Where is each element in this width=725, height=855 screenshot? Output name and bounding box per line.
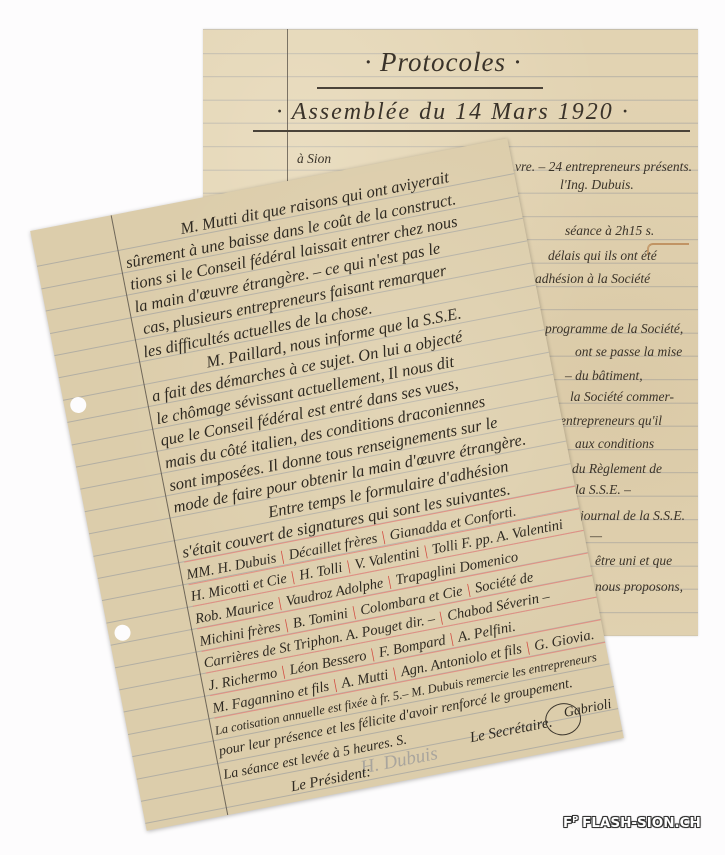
separator: | (351, 603, 357, 619)
back-fragment: — (590, 526, 602, 546)
back-fragment: l'Ing. Dubuis. (560, 175, 634, 195)
assembly-heading: · Assemblée du 14 Mars 1920 · (258, 99, 648, 126)
separator: | (332, 676, 338, 692)
separator: | (290, 569, 296, 585)
back-fragment: délais qui ils ont été (548, 246, 657, 266)
separator: | (380, 528, 386, 544)
secretary-signature: Gabrioli (562, 696, 612, 721)
page-title: · Protocoles · (303, 47, 583, 78)
back-fragment: journal de la S.S.E. (580, 506, 685, 526)
separator: | (280, 663, 286, 679)
back-fragment: séance à 2h15 s. (565, 221, 654, 241)
separator: | (386, 573, 392, 589)
secretary-label: Le Secrétaire. (468, 714, 553, 747)
separator: | (276, 594, 282, 610)
separator: | (391, 665, 397, 681)
back-fragment: nous proposons, (595, 577, 683, 597)
back-fragment: – du bâtiment, (565, 366, 643, 386)
back-fragment: vre. – 24 entrepreneurs présents. (515, 157, 692, 177)
back-fragment: ont se passe la mise (575, 342, 682, 362)
back-fragment: la Société commer- (570, 387, 674, 407)
watermark-text: FLASH-SION.CH (582, 815, 701, 831)
flash-logo-sup: P (572, 815, 578, 824)
separator: | (422, 543, 428, 559)
title-underline (317, 87, 543, 89)
back-fragment: du Règlement de (572, 459, 662, 479)
back-fragment: la S.S.E. – (575, 480, 631, 500)
punch-hole (68, 395, 87, 414)
back-fragment: programme de la Société, (545, 319, 683, 339)
heading-underline (253, 130, 690, 132)
back-fragment: aux conditions (575, 434, 654, 454)
separator: | (438, 609, 444, 625)
separator: | (345, 558, 351, 574)
separator: | (279, 548, 285, 564)
back-fragment: adhésion à la Société (535, 269, 650, 289)
separator: | (525, 639, 531, 655)
punch-hole (113, 623, 132, 642)
watermark: FPFLASH-SION.CH (563, 815, 701, 831)
separator: | (465, 581, 471, 597)
back-fragment: à Sion (297, 149, 331, 169)
flash-logo-icon: F (563, 815, 572, 831)
separator: | (283, 616, 289, 632)
separator: | (369, 646, 375, 662)
separator: | (448, 630, 454, 646)
back-fragment: entrepreneurs qu'il (560, 411, 662, 431)
back-fragment: être uni et que (595, 551, 672, 571)
